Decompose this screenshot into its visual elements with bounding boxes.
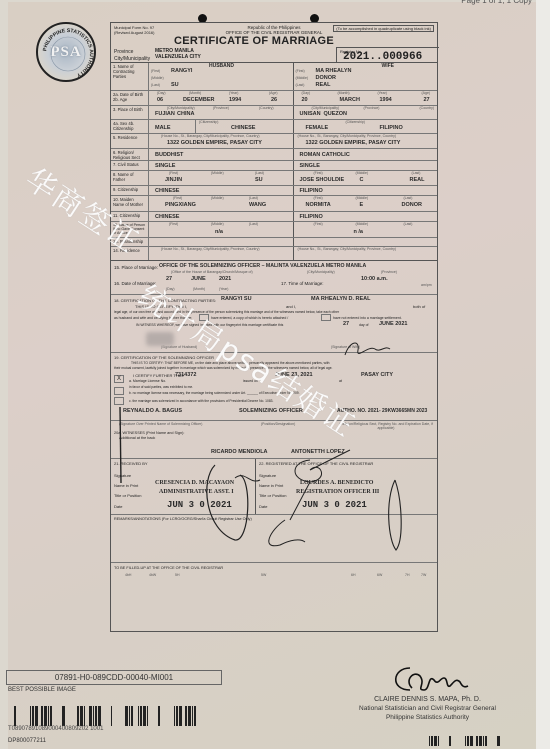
best-image-label: BEST POSSIBLE IMAGE [8, 687, 76, 693]
row-dob: 2a. Date of Birth 2b. Age (Day) 06 (Mont… [111, 91, 437, 106]
marriage-place-date-section: 15. Place of Marriage: OFFICE OF THE SOL… [111, 261, 437, 295]
marriage-day: 27 [166, 276, 172, 282]
row-residence: 5. Residence (House No., St., Barangay, … [111, 134, 437, 149]
witness-2: ANTONETTH LOPEZ [291, 449, 345, 455]
row-religion: 6. Religion/ Religious Sect BUDDHIST ROM… [111, 149, 437, 161]
witnesses-section: (Signature Over Printed Name of Solemniz… [111, 421, 437, 459]
row-relationship: 13. Relationship [111, 238, 437, 247]
contracting-parties-certification: 18. CERTIFICATION OF THE CONTRACTING PAR… [111, 295, 437, 353]
city-value: VALENZUELA CITY [155, 54, 201, 60]
accomplish-note: (To be accomplished in quadruplicate usi… [333, 25, 434, 32]
fill-up-section: TO BE FILLED-UP AT THE OFFICE OF THE CIV… [111, 563, 437, 591]
registered-at: 22. REGISTERED AT THE OFFICE OF THE CIVI… [256, 459, 437, 514]
svg-text:PHILIPPINE STATISTICS AUTHORIT: PHILIPPINE STATISTICS AUTHORITY [42, 28, 94, 78]
row-mother: 10. Maiden Name of Mother (First) PINGXI… [111, 196, 437, 212]
marriage-month: JUNE [191, 276, 206, 282]
witness-1: RICARDO MENDIOLA [211, 449, 268, 455]
solemnizing-officer-certification: 19. CERTIFICATION OF THE SOLEMNIZING OFF… [111, 353, 437, 421]
footer: 07891-H0-089CDD-00040-MI001 BEST POSSIBL… [0, 630, 550, 749]
row-father-citizenship: 9. Citizenship CHINESE FILIPINO [111, 186, 437, 196]
barcode-small-icon [425, 736, 511, 746]
row-consent-residence: 14. Residence (House No., St., Barangay,… [111, 247, 437, 261]
option-c-checkbox [114, 397, 124, 405]
certificate-title: CERTIFICATE OF MARRIAGE [111, 35, 397, 47]
barcode-icon [8, 706, 204, 726]
redacted-signature [146, 332, 174, 346]
official-name: CLAIRE DENNIS S. MAPA, Ph. D. [340, 695, 515, 704]
official-block: CLAIRE DENNIS S. MAPA, Ph. D. National S… [340, 695, 515, 722]
received-by: 21. RECEIVED BY Signature Name in Print … [111, 459, 256, 514]
received-date: JUN 3 0 2021 [167, 500, 232, 510]
solemnizer-position: SOLEMNIZING OFFICER [239, 408, 303, 414]
registered-date: JUN 3 0 2021 [302, 500, 367, 510]
registry-number: 2021..000966 [343, 51, 422, 63]
province-label: Province [114, 49, 133, 55]
dp-number: DP800077211 [8, 738, 46, 744]
official-signature [380, 660, 490, 700]
official-title: National Statistician and Civil Registra… [340, 704, 515, 713]
city-label: City/Municipality [114, 56, 150, 62]
psa-seal-logo: PHILIPPINE STATISTICS AUTHORITY PSA [36, 22, 96, 82]
document-code: 07891-H0-089CDD-00040-MI001 [6, 670, 222, 685]
marriage-year: 2021 [219, 276, 231, 282]
license-number: 7314372 [175, 372, 196, 378]
marriage-certificate-form: Municipal Form No. 97(Revised August 201… [110, 22, 438, 632]
option-b-checkbox [114, 387, 124, 395]
form-header: Municipal Form No. 97(Revised August 201… [111, 23, 437, 63]
row-father: 8. Name of Father (First) JINJIN (Middle… [111, 171, 437, 186]
barcode-number: T08907891089000400809202 1001 [8, 726, 103, 732]
option-a-checkbox: X [114, 375, 124, 383]
row-place-of-birth: 3. Place of Birth (City/Municipality) FU… [111, 106, 437, 120]
row-civil-status: 7. Civil Status SINGLE SINGLE [111, 161, 437, 171]
seal-ring-icon: PHILIPPINE STATISTICS AUTHORITY [38, 24, 98, 84]
received-registered-section: 21. RECEIVED BY Signature Name in Print … [111, 459, 437, 515]
solemnizer-authority: AUTHO. NO. 2021- 29KW3665MN 2023 [337, 408, 427, 414]
row-consent: 12. Name of Person Who Gave Consent or A… [111, 222, 437, 238]
husband-name: HUSBAND (First) RANGYI (Middle) (Last) S… [149, 63, 294, 90]
wife-name: WIFE (First) MA RHEALYN (Middle) DONOR (… [294, 63, 438, 90]
remarks-section: REMARKS/ANNOTATIONS (For LCRO/OCRG/Shari… [111, 515, 437, 563]
marriage-place: OFFICE OF THE SOLEMNIZING OFFICER – MALI… [159, 263, 366, 269]
row-names: 1. Name of Contracting Parties HUSBAND (… [111, 63, 437, 91]
solemnizer-name: REYNALDO A. BAGUS [123, 408, 182, 414]
registry-number-box: Registry No. 2021..000966 [336, 47, 439, 63]
row-mother-citizenship: 11. Citizenship CHINESE FILIPINO [111, 212, 437, 222]
page-info: Page 1 of 1, 1 Copy [461, 0, 532, 5]
official-org: Philippine Statistics Authority [340, 713, 515, 722]
row-sex-citizenship: 4a. Sex 4b. Citizenship MALE (Citizenshi… [111, 120, 437, 134]
marriage-time: 10:00 a.m. [361, 276, 388, 282]
